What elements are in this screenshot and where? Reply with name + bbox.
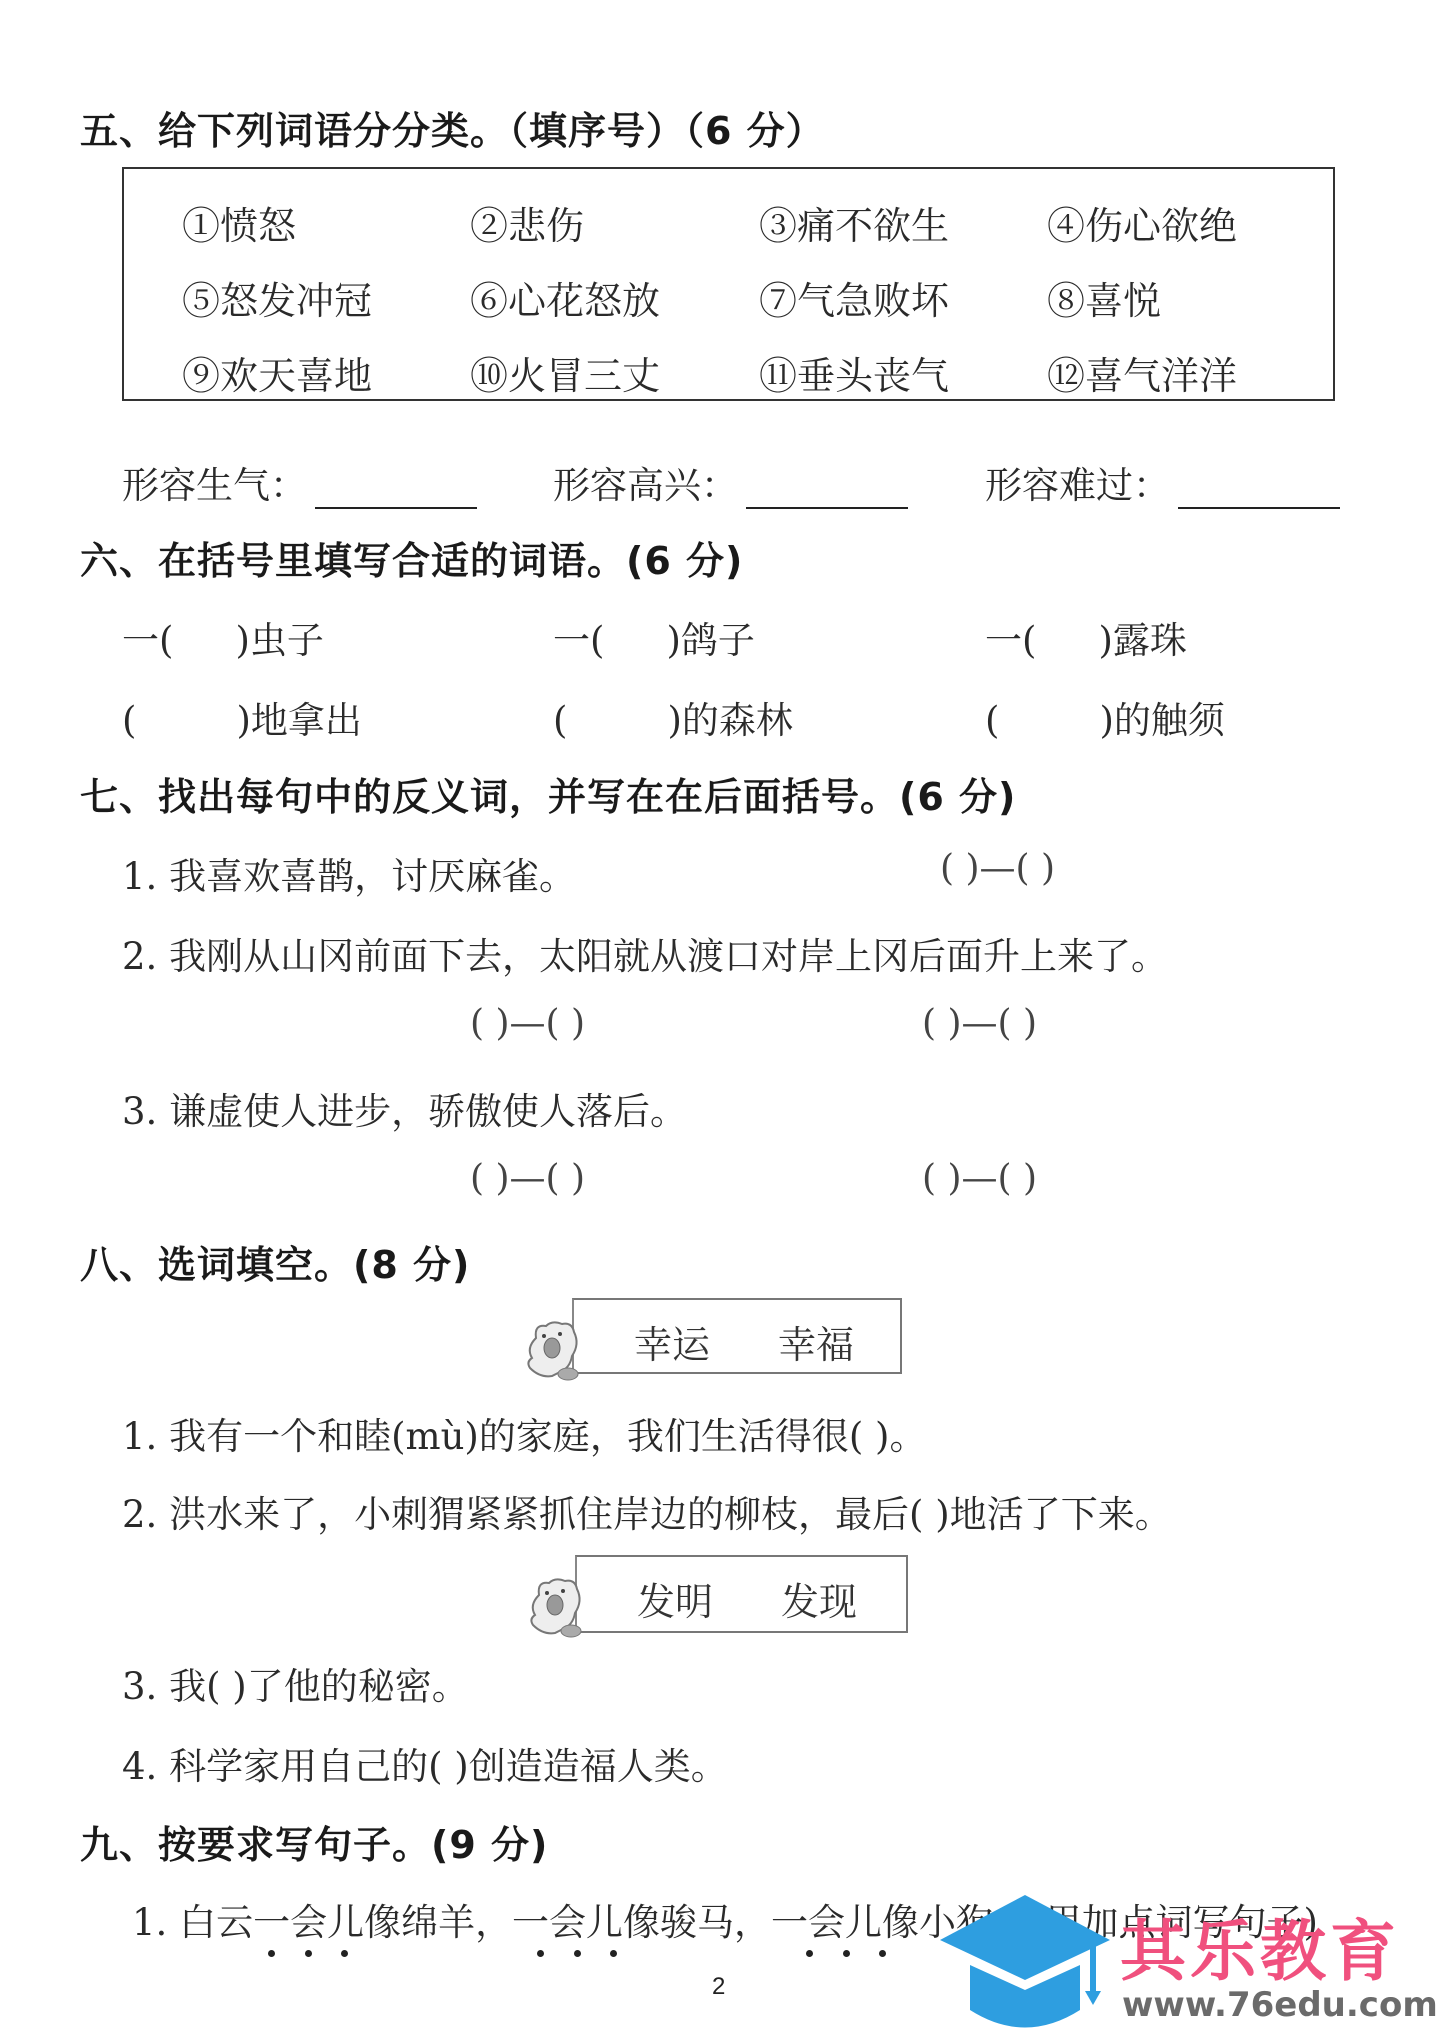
- word-item: ②悲伤: [470, 195, 584, 250]
- bracket-open: (: [122, 699, 136, 742]
- watermark-brand: 其乐教育: [1120, 1898, 1400, 1993]
- antonym-answer-pair[interactable]: ( )—( ): [940, 848, 1055, 889]
- fill-item: 一()露珠: [985, 610, 1187, 664]
- section9-title: 九、按要求写句子。(9 分): [80, 1814, 548, 1869]
- category-angry: 形容生气：: [122, 455, 477, 509]
- word-item: ⑫喜气洋洋: [1047, 345, 1237, 400]
- word-item: ⑥心花怒放: [470, 270, 660, 325]
- bracket-open: (: [553, 699, 567, 742]
- choice-sentence-1: 1. 我有一个和睦(mù)的家庭，我们生活得很( )。: [122, 1406, 926, 1460]
- fill-item: ()的森林: [553, 690, 793, 744]
- bracket-open: 一(: [553, 619, 604, 662]
- antonym-answer-pair[interactable]: ( )—( ): [922, 1003, 1037, 1044]
- category-label: 形容难过：: [985, 464, 1170, 507]
- watermark-url[interactable]: www.76edu.com: [1122, 1985, 1438, 2025]
- section7-title: 七、找出每句中的反义词，并写在在后面括号。(6 分): [80, 766, 1016, 821]
- fill-suffix: )的森林: [667, 699, 792, 742]
- category-label: 形容高兴：: [553, 464, 738, 507]
- word-item: ④伤心欲绝: [1047, 195, 1237, 250]
- hedgehog-mascot-icon: [522, 1318, 596, 1382]
- word-choice-box: 幸运 幸福: [572, 1298, 902, 1374]
- word-bank-box: ①愤怒 ②悲伤 ③痛不欲生 ④伤心欲绝 ⑤怒发冲冠 ⑥心花怒放 ⑦气急败坏 ⑧喜…: [122, 167, 1335, 401]
- emphasis-dot: [268, 1950, 275, 1957]
- bracket-open: (: [985, 699, 999, 742]
- bracket-open: 一(: [122, 619, 173, 662]
- answer-blank[interactable]: [1178, 477, 1340, 509]
- hedgehog-mascot-icon: [525, 1575, 599, 1639]
- fill-suffix: )露珠: [1098, 619, 1186, 662]
- section6-title: 六、在括号里填写合适的词语。(6 分): [80, 530, 743, 585]
- word-item: ⑧喜悦: [1047, 270, 1161, 325]
- answer-blank[interactable]: [315, 477, 477, 509]
- antonym-answer-pair[interactable]: ( )—( ): [470, 1003, 585, 1044]
- fill-suffix: )鸽子: [666, 619, 754, 662]
- category-happy: 形容高兴：: [553, 455, 908, 509]
- antonym-answer-pair[interactable]: ( )—( ): [470, 1158, 585, 1199]
- graduation-cap-icon: [940, 1895, 1110, 2037]
- word-item: ⑨欢天喜地: [182, 345, 372, 400]
- emphasis-dot: [806, 1950, 813, 1957]
- section5-title: 五、给下列词语分分类。（填序号）（6 分）: [80, 100, 825, 155]
- word-item: ⑤怒发冲冠: [182, 270, 372, 325]
- emphasis-dot: [305, 1950, 312, 1957]
- choice-sentence-4: 4. 科学家用自己的( )创造造福人类。: [122, 1736, 728, 1790]
- answer-blank[interactable]: [746, 477, 908, 509]
- antonym-sentence-1: 1. 我喜欢喜鹊，讨厌麻雀。: [122, 846, 576, 900]
- choice-word: 发现: [781, 1571, 857, 1626]
- choice-word: 幸福: [778, 1314, 854, 1369]
- emphasis-dot: [537, 1950, 544, 1957]
- emphasis-dot: [879, 1950, 886, 1957]
- fill-suffix: )虫子: [235, 619, 323, 662]
- choice-sentence-3: 3. 我( )了他的秘密。: [122, 1656, 469, 1710]
- choice-word: 幸运: [634, 1314, 710, 1369]
- fill-item: ()的触须: [985, 690, 1225, 744]
- choice-word: 发明: [637, 1571, 713, 1626]
- bracket-open: 一(: [985, 619, 1036, 662]
- category-label: 形容生气：: [122, 464, 307, 507]
- fill-suffix: )地拿出: [236, 699, 361, 742]
- section8-title: 八、选词填空。(8 分): [80, 1234, 470, 1289]
- antonym-sentence-3: 3. 谦虚使人进步，骄傲使人落后。: [122, 1081, 687, 1135]
- word-item: ③痛不欲生: [759, 195, 949, 250]
- emphasis-dot: [574, 1950, 581, 1957]
- word-item: ①愤怒: [182, 195, 296, 250]
- emphasis-dot: [843, 1950, 850, 1957]
- word-item: ⑦气急败坏: [759, 270, 949, 325]
- antonym-answer-pair[interactable]: ( )—( ): [922, 1158, 1037, 1199]
- emphasis-dot: [341, 1950, 348, 1957]
- word-item: ⑪垂头丧气: [759, 345, 949, 400]
- antonym-sentence-2: 2. 我刚从山冈前面下去，太阳就从渡口对岸上冈后面升上来了。: [122, 926, 1168, 980]
- word-item: ⑩火冒三丈: [470, 345, 660, 400]
- choice-sentence-2: 2. 洪水来了，小刺猬紧紧抓住岸边的柳枝，最后( )地活了下来。: [122, 1484, 1172, 1538]
- fill-item: ()地拿出: [122, 690, 362, 744]
- category-sad: 形容难过：: [985, 455, 1340, 509]
- fill-suffix: )的触须: [1099, 699, 1224, 742]
- fill-item: 一()虫子: [122, 610, 324, 664]
- emphasis-dot: [610, 1950, 617, 1957]
- page-number: 2: [712, 1973, 725, 2001]
- word-choice-box: 发明 发现: [575, 1555, 908, 1633]
- fill-item: 一()鸽子: [553, 610, 755, 664]
